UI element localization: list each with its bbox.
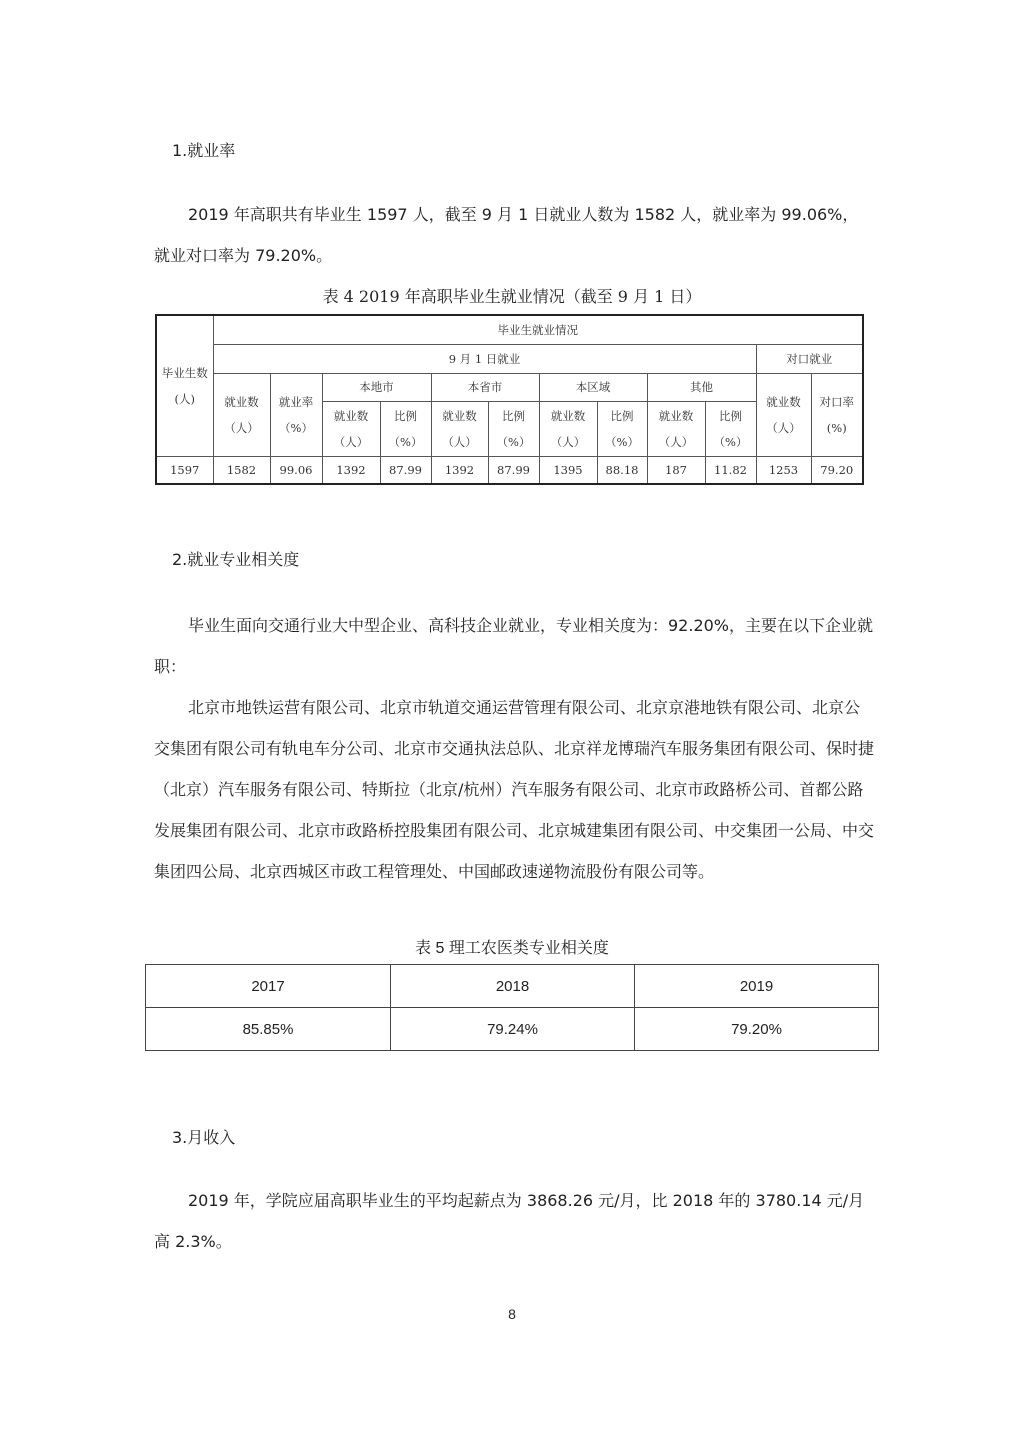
header-region-ratio: 比例（%） bbox=[597, 401, 647, 456]
header-local-ratio: 比例（%） bbox=[380, 401, 431, 456]
cell-province-ratio: 87.99 bbox=[488, 456, 539, 484]
header-employment-rate: 就业率（%） bbox=[270, 373, 322, 456]
header-province: 本省市 bbox=[431, 373, 539, 401]
header-match-rate: 对口率(%) bbox=[811, 373, 863, 456]
header-employment-status: 毕业生就业情况 bbox=[213, 315, 863, 344]
relevance-value: 79.24% bbox=[391, 1008, 635, 1051]
cell-match-rate: 79.20 bbox=[811, 456, 863, 484]
cell-graduates: 1597 bbox=[156, 456, 213, 484]
section-heading-monthly-income: 3.月收入 bbox=[172, 1125, 235, 1148]
header-local-count: 就业数（人） bbox=[322, 401, 380, 456]
header-employed-count: 就业数（人） bbox=[213, 373, 270, 456]
header-matched-employment: 对口就业 bbox=[756, 344, 863, 373]
relevance-value: 79.20% bbox=[635, 1008, 879, 1051]
paragraph-major-relevance: 毕业生面向交通行业大中型企业、高科技企业就业，专业相关度为：92.20%，主要在… bbox=[154, 605, 874, 687]
paragraph-employment-rate: 2019 年高职共有毕业生 1597 人，截至 9 月 1 日就业人数为 158… bbox=[154, 194, 874, 276]
cell-region-count: 1395 bbox=[539, 456, 597, 484]
cell-rate: 99.06 bbox=[270, 456, 322, 484]
page-number: 8 bbox=[0, 1306, 1024, 1322]
header-sep1-employment: 9 月 1 日就业 bbox=[213, 344, 756, 373]
header-local-city: 本地市 bbox=[322, 373, 431, 401]
paragraph-employers: 北京市地铁运营有限公司、北京市轨道交通运营管理有限公司、北京京港地铁有限公司、北… bbox=[154, 687, 874, 892]
cell-other-count: 187 bbox=[647, 456, 705, 484]
table5-caption: 表 5 理工农医类专业相关度 bbox=[0, 935, 1024, 958]
section-heading-major-relevance: 2.就业专业相关度 bbox=[172, 547, 299, 570]
year-header: 2019 bbox=[635, 965, 879, 1008]
header-other-ratio: 比例（%） bbox=[705, 401, 756, 456]
section-heading-employment-rate: 1.就业率 bbox=[172, 138, 235, 161]
header-province-count: 就业数（人） bbox=[431, 401, 488, 456]
relevance-table: 2017 2018 2019 85.85% 79.24% 79.20% bbox=[145, 964, 879, 1051]
header-graduates: 毕业生数(人) bbox=[156, 315, 213, 456]
cell-other-ratio: 11.82 bbox=[705, 456, 756, 484]
header-match-count: 就业数（人） bbox=[756, 373, 811, 456]
header-region-count: 就业数（人） bbox=[539, 401, 597, 456]
cell-local-ratio: 87.99 bbox=[380, 456, 431, 484]
header-province-ratio: 比例（%） bbox=[488, 401, 539, 456]
cell-employed: 1582 bbox=[213, 456, 270, 484]
cell-province-count: 1392 bbox=[431, 456, 488, 484]
table-row: 1597 1582 99.06 1392 87.99 1392 87.99 13… bbox=[156, 456, 863, 484]
table-row: 85.85% 79.24% 79.20% bbox=[146, 1008, 879, 1051]
year-header: 2017 bbox=[146, 965, 391, 1008]
employment-table: 毕业生数(人) 毕业生就业情况 9 月 1 日就业 对口就业 就业数（人） 就业… bbox=[155, 314, 864, 485]
paragraph-monthly-income: 2019 年，学院应届高职毕业生的平均起薪点为 3868.26 元/月，比 20… bbox=[154, 1180, 874, 1262]
header-region: 本区域 bbox=[539, 373, 647, 401]
cell-match-count: 1253 bbox=[756, 456, 811, 484]
relevance-value: 85.85% bbox=[146, 1008, 391, 1051]
year-header: 2018 bbox=[391, 965, 635, 1008]
table4-caption: 表 4 2019 年高职毕业生就业情况（截至 9 月 1 日） bbox=[0, 284, 1024, 307]
header-other: 其他 bbox=[647, 373, 756, 401]
cell-local-count: 1392 bbox=[322, 456, 380, 484]
header-other-count: 就业数（人） bbox=[647, 401, 705, 456]
cell-region-ratio: 88.18 bbox=[597, 456, 647, 484]
